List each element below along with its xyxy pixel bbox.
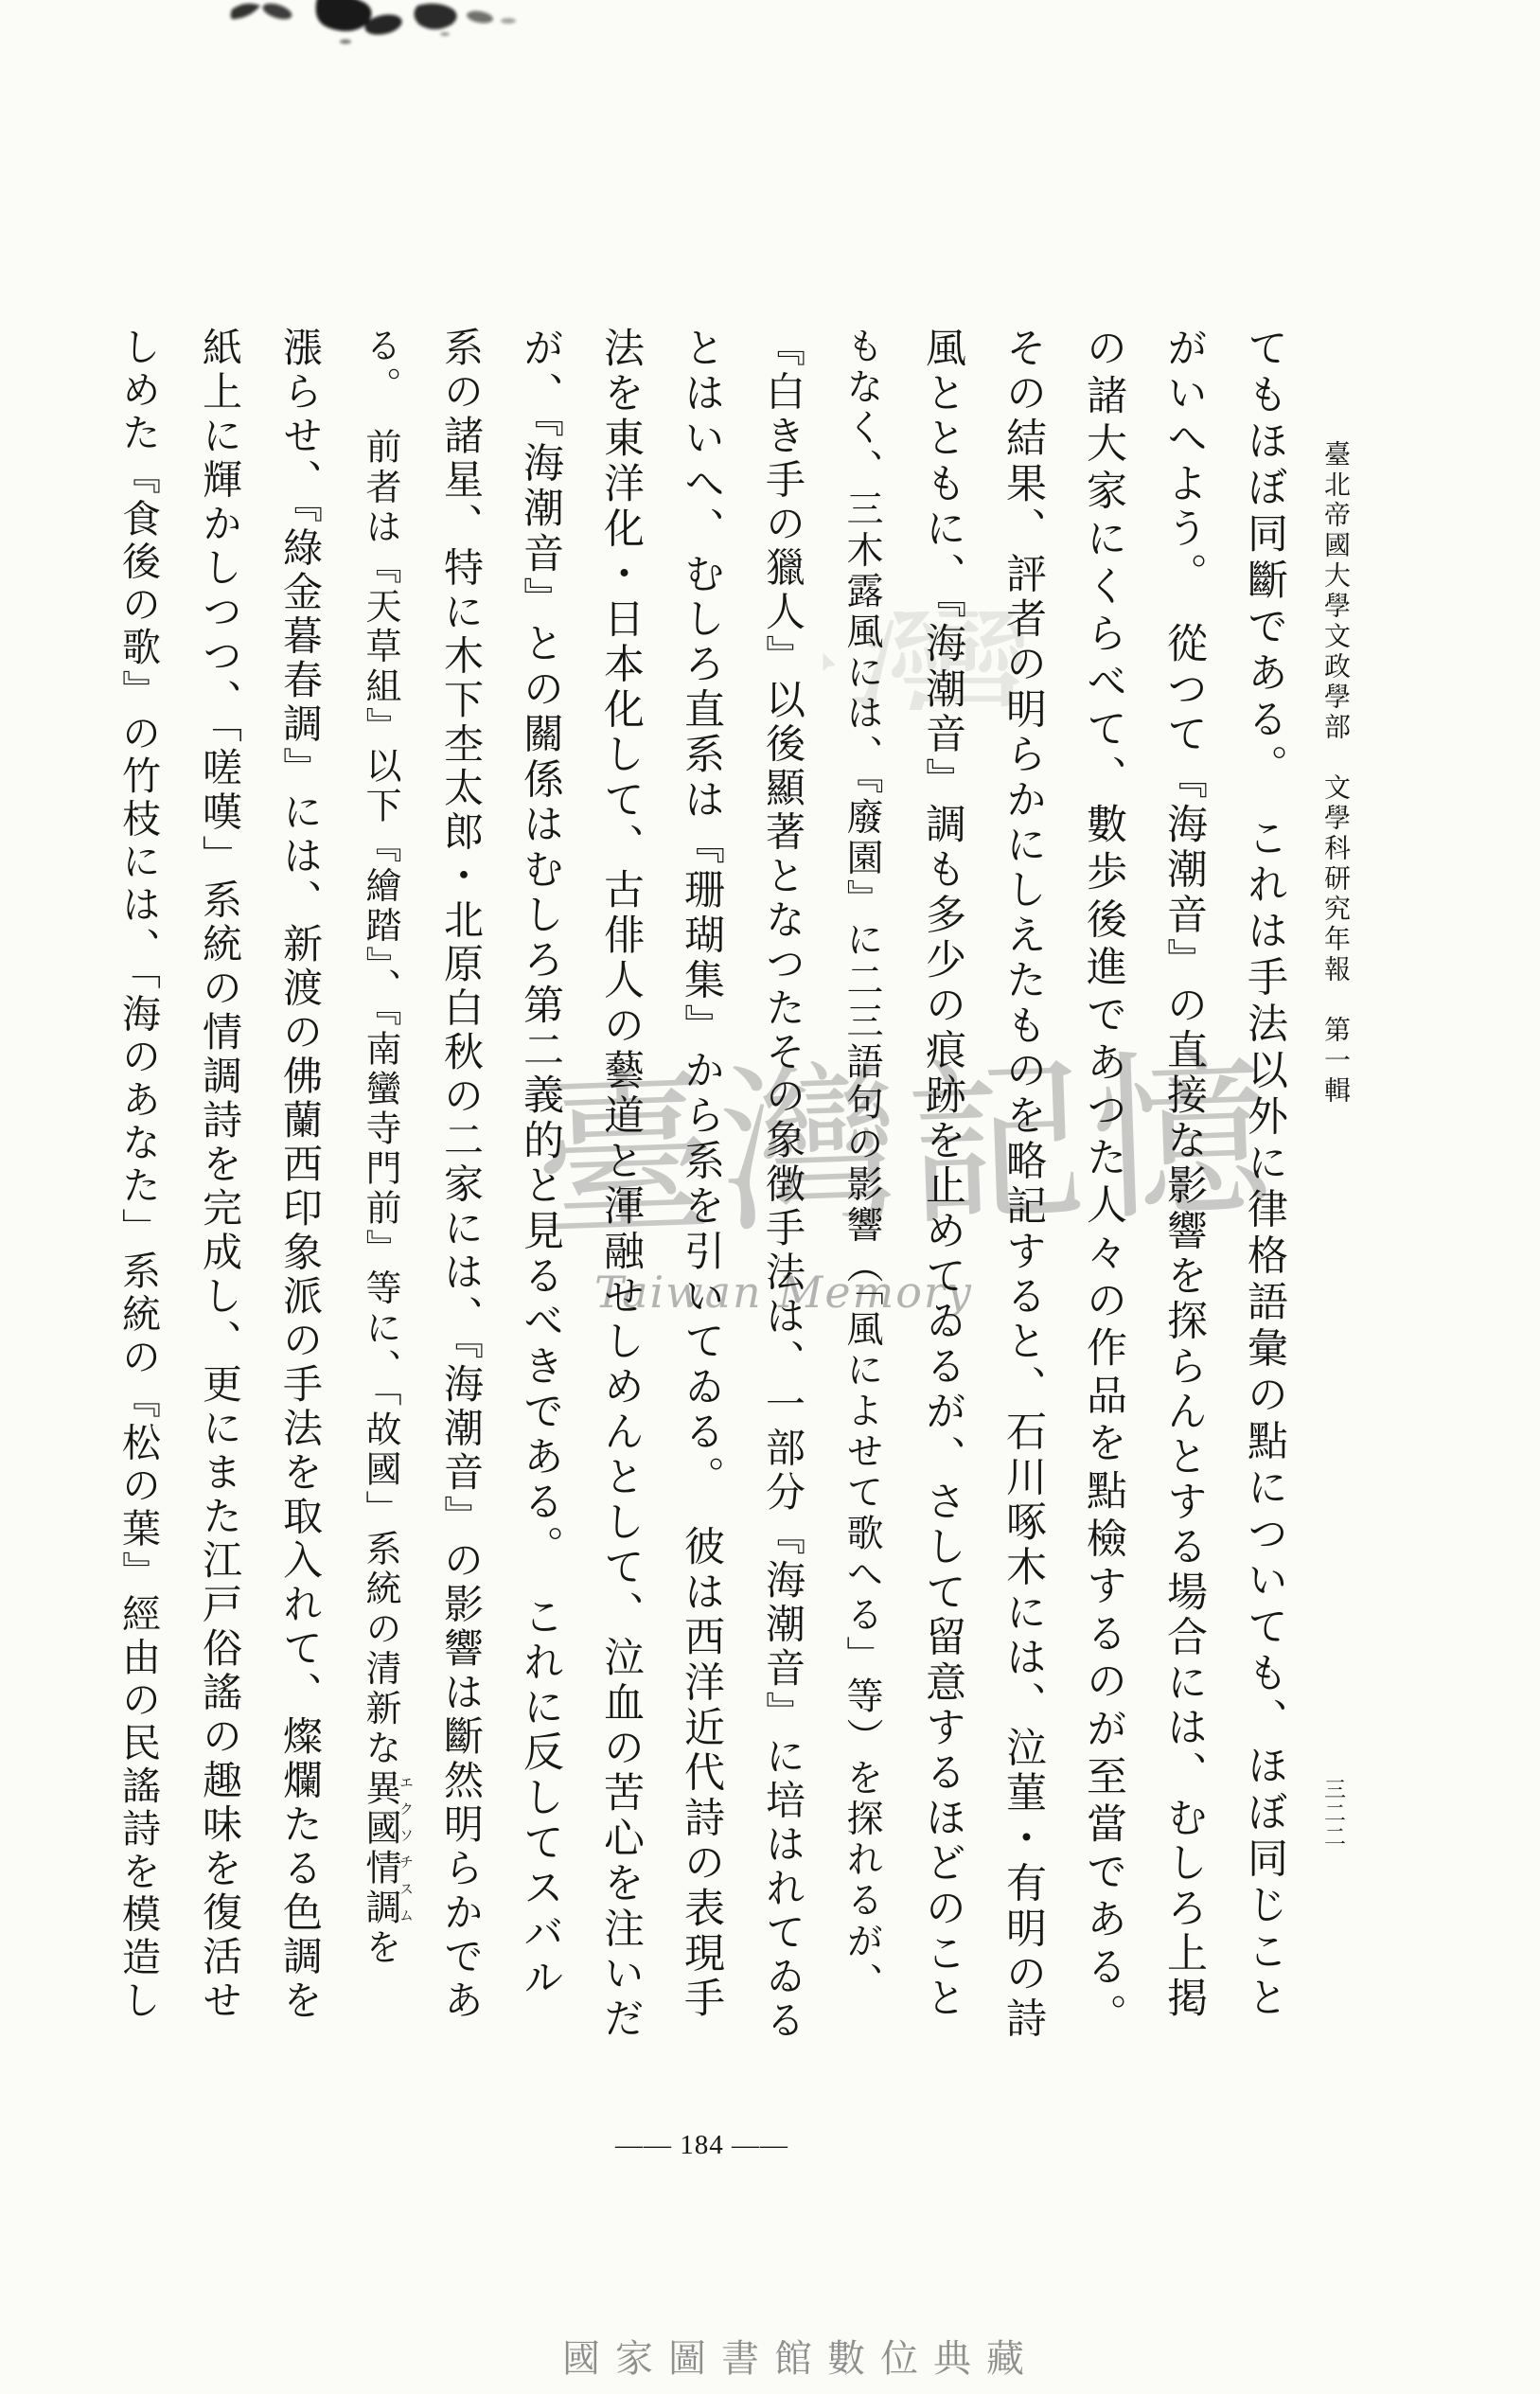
ink-smudge xyxy=(204,0,544,68)
text-column-9: 法を東洋化・日本化して、古俳人の藝道と渾融せしめんとして、泣血の苦心を注いだ xyxy=(580,327,661,2042)
text-column-5: 風とともに、『海潮音』調も多少の痕跡を止めてゐるが、さして留意するほどのこと xyxy=(902,327,982,2042)
text-column-3: の諸大家にくらべて、數歩後進であつた人々の作品を點檢するのが至當である。 xyxy=(1063,327,1143,2042)
page-number: ―― 184 ―― xyxy=(615,2130,788,2161)
text-column-1: てもほぼ同斷である。 これは手法以外に律格語彙の點についても、ほぼ同じこと xyxy=(1224,327,1304,2042)
text-column-13: 漲らせ、『綠金暮春調』には、新渡の佛蘭西印象派の手法を取入れて、燦爛たる色調を xyxy=(258,327,339,2042)
text-column-12: る。 前者は『天草組』以下『繪踏』、『南蠻寺門前』等に、「故國」系統の清新な異國… xyxy=(339,327,419,2042)
text-column-7: 『白き手の獵人』以後顯著となつたその象徴手法は、一部分『海潮音』に培はれてゐる xyxy=(741,327,822,2042)
archive-stamp: 國家圖書館數位典藏 xyxy=(562,2329,1039,2383)
text-column-4: その結果、評者の明らかにしえたものを略記すると、石川啄木には、泣菫・有明の詩 xyxy=(982,327,1063,2042)
text-column-10: が、『海潮音』との關係はむしろ第二義的と見るべきである。 これに反してスバル xyxy=(500,327,580,2042)
text-column-2: がいへよう。 從つて『海潮音』の直接な影響を探らんとする場合には、むしろ上掲 xyxy=(1143,327,1224,2042)
text-column-11: 系の諸星、特に木下杢太郎・北原白秋の二家には、『海潮音』の影響は斷然明らかであ xyxy=(419,327,500,2042)
running-title: 臺北帝國大學文政學部 文學科研究年報 第一輯 xyxy=(1316,440,1354,1107)
text-column-15: しめた『食後の歌』の竹枝には、「海のあなた」系統の『松の葉』經由の民謠詩を模造し xyxy=(97,327,178,2042)
ruby-annotation: 異國情調エクソチスム xyxy=(360,1769,399,1928)
text-column-14: 紙上に輝かしつつ、「嗟嘆」系統の情調詩を完成し、更にまた江戸俗謠の趣味を復活せ xyxy=(178,327,258,2042)
text-column-8: とはいへ、むしろ直系は『珊瑚集』から系を引いてゐる。 彼は西洋近代詩の表現手 xyxy=(661,327,741,2042)
scanned-document-page: 臺灣記憶 臺灣記憶 Taiwan Memory 臺北帝國大學文政學部 文學科研究… xyxy=(0,0,1540,2394)
body-text: てもほぼ同斷である。 これは手法以外に律格語彙の點についても、ほぼ同じことがいへ… xyxy=(97,327,1304,2045)
text-column-6: もなく、三木露風には、『廢園』に二三語句の影響（「風によせて歌へる」等）を探れる… xyxy=(822,327,902,2042)
folio-number-kanji: 三二二 xyxy=(1318,1778,1349,1849)
